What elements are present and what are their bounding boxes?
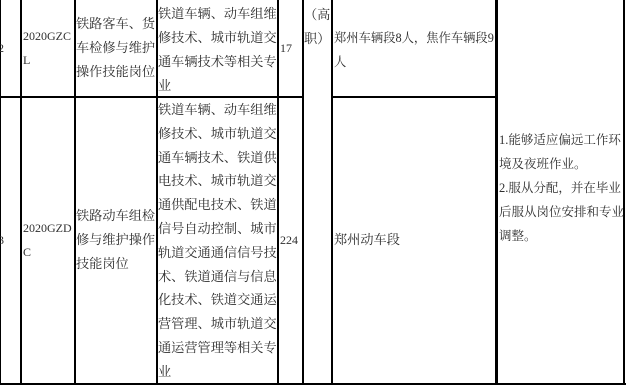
position-name-cell-row2: 铁路动车组检修与维护操作技能岗位	[76, 97, 157, 383]
table-gridline	[302, 0, 304, 385]
job-code-row1: 2020GZCL	[23, 24, 75, 72]
seq-value-row1: 2	[0, 36, 4, 60]
remarks-cell: 1.能够适应偏远工作环境及夜班作业。 2.服从分配，并在毕业后服从岗位安排和专业…	[499, 128, 626, 248]
seq-value-row2: 3	[0, 228, 4, 252]
headcount-cell-row2: 224	[280, 97, 302, 383]
majors-cell-row1: 铁道车辆、动车组维修技术、城市轨道交通车辆技术等相关专业	[158, 2, 280, 98]
seq-cell-row1: 2	[0, 0, 18, 96]
work-location-cell-row2: 郑州动车段	[334, 97, 495, 383]
position-name-cell-row1: 铁路客车、货车检修与维护操作技能岗位	[76, 0, 157, 96]
majors-text-row1: 铁道车辆、动车组维修技术、城市轨道交通车辆技术等相关专业	[158, 6, 277, 93]
work-location-row2: 郑州动车段	[334, 228, 400, 252]
education-level-cell: （高职）	[304, 3, 331, 51]
table-gridline	[331, 0, 333, 385]
job-code-cell-row2: 2020GZDC	[23, 97, 75, 383]
headcount-cell-row1: 17	[280, 0, 302, 96]
job-code-row2: 2020GZDC	[23, 216, 75, 264]
remarks-item-1: 1.能够适应偏远工作环境及夜班作业。	[499, 128, 626, 176]
headcount-row2: 224	[280, 228, 298, 252]
work-location-cell-row1: 郑州车辆段8人，焦作车辆段9人	[334, 26, 497, 74]
position-name-row1: 铁路客车、货车检修与维护操作技能岗位	[76, 12, 157, 84]
recruitment-table: 2 2020GZCL 铁路客车、货车检修与维护操作技能岗位 铁道车辆、动车组维修…	[0, 0, 628, 388]
job-code-cell-row1: 2020GZCL	[23, 0, 75, 96]
majors-cell-row2: 铁道车辆、动车组维修技术、城市轨道交通车辆技术、铁道供电技术、城市轨道交通供配电…	[158, 98, 280, 384]
headcount-row1: 17	[280, 36, 292, 60]
remarks-item-2: 2.服从分配，并在毕业后服从岗位安排和专业调整。	[499, 176, 626, 248]
seq-cell-row2: 3	[0, 97, 18, 383]
work-location-row1: 郑州车辆段8人，焦作车辆段9人	[334, 31, 494, 69]
position-name-row2: 铁路动车组检修与维护操作技能岗位	[76, 204, 157, 276]
majors-text-row2: 铁道车辆、动车组维修技术、城市轨道交通车辆技术、铁道供电技术、城市轨道交通供配电…	[158, 102, 277, 379]
table-gridline	[0, 383, 626, 385]
table-gridline	[20, 0, 22, 385]
education-level-text: （高职）	[304, 7, 330, 46]
